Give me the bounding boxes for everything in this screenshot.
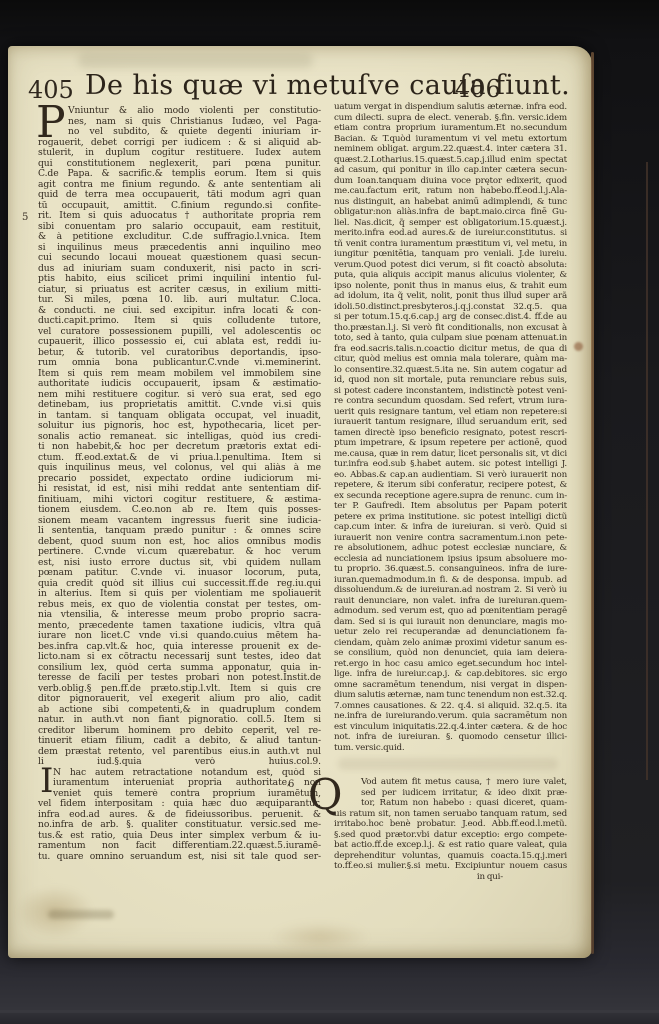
text-line: tñ venit contra iuramentum præstitum vi,… bbox=[334, 239, 567, 250]
text-line: obligatur:non aliàs.infra de bapt.maio.c… bbox=[334, 207, 567, 218]
text-line: agit contra me finium regundo. & ante se… bbox=[38, 180, 321, 191]
text-line: rogauerit, debet corrigi per iudicem : &… bbox=[38, 138, 321, 149]
margin-section-number: 5 bbox=[22, 212, 28, 223]
text-line: not. infra de iureiuran. §. quomodo cens… bbox=[334, 732, 567, 743]
text-line: pertinere. C.vnde vi.cum quærebatur. & h… bbox=[38, 547, 321, 558]
text-line: bes.infra cap.vlt.& hoc, quia interesse … bbox=[38, 642, 321, 653]
text-line: C.de Papa. & sacrific.& templis eorum. I… bbox=[38, 169, 321, 180]
text-line: petere ex prima institutione. sic potest… bbox=[334, 512, 567, 523]
text-line: no vel subdito, & quiete degenti iniuria… bbox=[38, 127, 321, 138]
text-line: & conducti. ne ciui. sed excipitur. infr… bbox=[38, 306, 321, 317]
text-line: sonalis actio remaneat. sic intelligas, … bbox=[38, 432, 321, 443]
text-line: no.infra de arb. §. qualiter constituatu… bbox=[38, 820, 321, 831]
text-line: & à petitione excluditur. C.de suffragio… bbox=[38, 232, 321, 243]
text-line: iurauerit non venire contra sacramentum.… bbox=[334, 533, 567, 544]
text-line: vel curatore possessionem pupilli, vel a… bbox=[38, 327, 321, 338]
text-line: omne sacramētum tenendum, nisi vergat in… bbox=[334, 680, 567, 691]
text-line: tamen directè ipso beneficio resignato, … bbox=[334, 428, 567, 439]
text-line: ditor pignorauerit, vel exegerit alium p… bbox=[38, 694, 321, 705]
text-line: sionem meam vacantem ingressus fuerit si… bbox=[38, 516, 321, 527]
text-line: cupauerit, illico possessio ei, cui abla… bbox=[38, 337, 321, 348]
text-line: ramentum non facit differentiam.22.quæst… bbox=[38, 841, 321, 852]
text-line: qui constitutionem neglexerit, pari pœna… bbox=[38, 159, 321, 170]
text-line: cui secundo locaui moueat quæstionem qua… bbox=[38, 253, 321, 264]
ink-bleedthrough bbox=[78, 53, 313, 68]
text-line: dus ad iniuriam suam conduxerit, nisi pa… bbox=[38, 264, 321, 275]
text-line: teresse de facili per testes probari non… bbox=[38, 673, 321, 684]
text-line: tu proprio. 36.quæst.5. consanguineos. i… bbox=[334, 564, 567, 575]
text-line: in alterius. Item si quis per violentiam… bbox=[38, 589, 321, 600]
text-line: nem mihi restituere cogitur. si verò sua… bbox=[38, 390, 321, 401]
text-line: neminem obligat. argum.22.quæst.4. inter… bbox=[334, 144, 567, 155]
text-line: re absolutionem, adhuc potest ecclesiæ n… bbox=[334, 543, 567, 554]
text-line: tur. Si miles, pœna 10. lib. auri multat… bbox=[38, 295, 321, 306]
book-fore-edge-line bbox=[646, 162, 648, 780]
text-line: sibi conuentam pro salario occupauit, ea… bbox=[38, 222, 321, 233]
text-line: se consilium, quòd non denunciet, quia i… bbox=[334, 648, 567, 659]
page-number-right: 406 bbox=[455, 75, 501, 103]
text-line: Bacian. & T.quòd iuramentum vi vel metu … bbox=[334, 134, 567, 145]
text-column-left: PVniuntur & alio modo violenti per const… bbox=[38, 106, 321, 862]
text-line: dissoluendum.& de iureiuran.ad nostram 2… bbox=[334, 585, 567, 596]
text-line: quæst.2.Lotharius.15.quæst.5.cap.j.illud… bbox=[334, 155, 567, 166]
text-line: ecclesia ad nunciationem ipsius ipsum ab… bbox=[334, 554, 567, 565]
text-line: deprehenditur voluntas, quamuis coacta.1… bbox=[334, 851, 567, 862]
text-line: iuran.quemadmodum.in fi. & de desponsa. … bbox=[334, 575, 567, 586]
text-line: me.causa, quæ in rem datur, licet person… bbox=[334, 449, 567, 460]
text-line: ad idolum, ita q̃ velit, nolit, ponit th… bbox=[334, 291, 567, 302]
text-line: nes, nam si quis Christianus Iudæo, vel … bbox=[38, 117, 321, 128]
text-line: tũ occupauit, amittit. C.finium regundo.… bbox=[38, 201, 321, 212]
text-line: Vod autem fit metus causa, † mero iure v… bbox=[334, 777, 567, 788]
text-line: authoritate iudicis occupauerit, ipsam &… bbox=[38, 379, 321, 390]
text-line: iurauerit tantum resignare, illud seruan… bbox=[334, 417, 567, 428]
text-line: si potest cadere inconstantem, indistinc… bbox=[334, 386, 567, 397]
text-line: in tantam. si tanquam obligata occupat, … bbox=[38, 411, 321, 422]
text-line: nia vtensilia, & interesse meum probo pr… bbox=[38, 610, 321, 621]
text-line: ctum. ff.eod.extat.& de vi priua.l.penul… bbox=[38, 453, 321, 464]
text-line: detinebam, ius proprietatis amittit. C.v… bbox=[38, 400, 321, 411]
text-line: ciendam, quàm zelo animæ proximi videtur… bbox=[334, 638, 567, 649]
text-line: tor, Ratum non habebo : quasi diceret, q… bbox=[334, 798, 567, 809]
text-line: uatum vergat in dispendium salutis ætern… bbox=[334, 102, 567, 113]
text-line: N hac autem retractatione notandum est, … bbox=[38, 768, 321, 779]
text-line: irritabo.hoc benè probatur. J.eod. Abb.f… bbox=[334, 819, 567, 830]
text-line: sed per iudicem irritatur, & ideo dixit … bbox=[334, 788, 567, 799]
text-line: tionem eiusdem. C.eo.non ab re. Item qui… bbox=[38, 505, 321, 516]
text-line: soluitur ius pignoris, hoc est, hypothec… bbox=[38, 421, 321, 432]
drop-cap: I bbox=[40, 764, 53, 798]
text-line: dum Ioan.tanquam diuina voce prętor edix… bbox=[334, 176, 567, 187]
text-line: lige. infra de iureiur.cap.j. & cap.debi… bbox=[334, 669, 567, 680]
text-line: tho.præstan.l.j. Si verò fit conditional… bbox=[334, 323, 567, 334]
text-line: ciatur, si priuatus est acriter cæsus, i… bbox=[38, 285, 321, 296]
text-line: est vinculum iniquitatis.22.q.4.inter cæ… bbox=[334, 722, 567, 733]
text-line: creditor liberum hominem pro debito cepe… bbox=[38, 726, 321, 737]
text-line: cum dilecti. supra de elect. venerab. §.… bbox=[334, 113, 567, 124]
text-line: Item si quis rem meam mobilem vel immobi… bbox=[38, 369, 321, 380]
photo-background: 405 De his quæ vi metuſve cauſa fiunt. 4… bbox=[0, 0, 659, 1024]
text-line: verum.Quod potest dici verum, si fit coa… bbox=[334, 260, 567, 271]
text-line: est, nisi iusto errore ductus sit, vbi q… bbox=[38, 558, 321, 569]
text-line: uerit quis resignare tantum, vel etiam n… bbox=[334, 407, 567, 418]
text-line: tinuerit etiam filium, cadit a debito, &… bbox=[38, 736, 321, 747]
paper-stain bbox=[574, 342, 583, 351]
text-line: ter P. Gaufredi. Item absolutus per Papa… bbox=[334, 501, 567, 512]
text-line: etiam contra proprium iuramentum.Et no.s… bbox=[334, 123, 567, 134]
table-seam bbox=[0, 1010, 659, 1013]
text-line: nus distinguit, an habebat animū adimple… bbox=[334, 197, 567, 208]
text-line: dam. Sed si is qui iurauit non denunciar… bbox=[334, 617, 567, 628]
text-line: uetur zelo rei recuperandæ ad denunciati… bbox=[334, 627, 567, 638]
text-line: ducti.capit.primo. Item si quis colluden… bbox=[38, 316, 321, 327]
text-line: consilium lex, quòd certa summa apponatu… bbox=[38, 663, 321, 674]
text-line: ret.ergo in hoc casu amico eget.secundum… bbox=[334, 659, 567, 670]
drop-cap: P bbox=[36, 101, 66, 145]
text-line: ab actione sibi competenti,& in quadrupl… bbox=[38, 705, 321, 716]
text-line: quid de terra mea occupauerit, tãti modu… bbox=[38, 190, 321, 201]
text-line: 7.omnes causationes. & 22. q.4. si aliqu… bbox=[334, 701, 567, 712]
text-line: natur. in auth.vt non fiant pignoratio. … bbox=[38, 715, 321, 726]
text-line: merito.infra eod.ad aures.& de iureiur.c… bbox=[334, 228, 567, 239]
text-line: toto, sed à tanto, quia culpam siue pœna… bbox=[334, 333, 567, 344]
text-line: tur.infra eod.sub §.habet autem. sic pot… bbox=[334, 459, 567, 470]
paragraph: QVod autem fit metus causa, † mero iure … bbox=[334, 777, 567, 872]
text-line: si inquilinus meus præcedentis anni inqu… bbox=[38, 243, 321, 254]
text-line: idoli.50.distinct.presbyteros.j.q.j.cons… bbox=[334, 302, 567, 313]
text-line: mento, præcedente tamen taxatione iudici… bbox=[38, 621, 321, 632]
text-line: iungitur pœnitētia, tanquam pro veniali.… bbox=[334, 249, 567, 260]
text-line: rit. Item si quis aduocatus † authoritat… bbox=[38, 211, 321, 222]
text-line: dium salutis æternæ, nam tunc tenendum n… bbox=[334, 690, 567, 701]
text-line: bat actio.ff.de excep.l.j. & est ratio q… bbox=[334, 840, 567, 851]
text-line: finitiuam, mihi victori cogitur restitue… bbox=[38, 495, 321, 506]
text-column-right: uatum vergat in dispendium salutis ætern… bbox=[334, 102, 567, 882]
paragraph: IN hac autem retractatione notandum est,… bbox=[38, 768, 321, 863]
text-line: precario possidet, expectato ordine iudi… bbox=[38, 474, 321, 485]
text-line: quis inquilinus meus, vel colonus, vel q… bbox=[38, 463, 321, 474]
text-line: lo consentire.32.quæst.5.ita ne. Sin aut… bbox=[334, 365, 567, 376]
text-line: id, quod non sit mortale, puta renunciar… bbox=[334, 375, 567, 386]
text-line: rebus meis, ex quo de violentia constat … bbox=[38, 600, 321, 611]
text-line: iuramentum interueniat propria authorita… bbox=[38, 778, 321, 789]
text-line: quia credit quòd sit illius cui successi… bbox=[38, 579, 321, 590]
book-page: 405 De his quæ vi metuſve cauſa fiunt. 4… bbox=[8, 46, 592, 958]
text-line: vel fidem interpositam : quia hæc duo æq… bbox=[38, 799, 321, 810]
catchword: in qui- bbox=[334, 872, 567, 883]
drop-cap: Q bbox=[308, 774, 342, 816]
text-line: veniet quis temerè contra proprium iuram… bbox=[38, 789, 321, 800]
text-line: rum omnia bona publicantur.C.vnde vi.mem… bbox=[38, 358, 321, 369]
text-line: to.ff.eo.si mulier.§.si metu. Excipiuntu… bbox=[334, 861, 567, 872]
text-line: pœnam patitur. C.vnde vi. inuasor locoru… bbox=[38, 568, 321, 579]
text-line: eo. Abbas.& cap.an audientiam. Si verò i… bbox=[334, 470, 567, 481]
text-line: si per totum.15.q.6.cap.j arg de consec.… bbox=[334, 312, 567, 323]
text-line: puta, quia aliquis accipit manus alicuiu… bbox=[334, 270, 567, 281]
paragraph: uatum vergat in dispendium salutis ætern… bbox=[334, 102, 567, 753]
text-line: §.sed quod prætor.vbi datur exceptio: er… bbox=[334, 830, 567, 841]
text-line: ptum impetrare, & ipsum repetere per act… bbox=[334, 438, 567, 449]
text-line: ipso nolente, ponit thus in manus eius, … bbox=[334, 281, 567, 292]
text-line: repetere, & iterum sibi conferatur, reci… bbox=[334, 480, 567, 491]
text-line: ptis habito, eius scilicet primi inquili… bbox=[38, 274, 321, 285]
text-line: hi resistat, id est, nisi mihi reddat an… bbox=[38, 484, 321, 495]
paragraph: PVniuntur & alio modo violenti per const… bbox=[38, 106, 321, 768]
text-line: ex secunda receptione agere.supra de ren… bbox=[334, 491, 567, 502]
text-line: licto.nam si ex cõtractu necessarij sunt… bbox=[38, 652, 321, 663]
text-line: admodum. sed verum est, quo ad pœnitenti… bbox=[334, 606, 567, 617]
text-line: ti non habebit,& hoc per decretum prætor… bbox=[38, 442, 321, 453]
text-line: iurare non licet.C vnde vi.si quando.cui… bbox=[38, 631, 321, 642]
text-line: fra eod.sacris.talis.n.coactio dicitur m… bbox=[334, 344, 567, 355]
text-line: tum. versic.quid. bbox=[334, 743, 567, 754]
text-line: li sententia, tanquam prædo punitur : & … bbox=[38, 526, 321, 537]
text-line: cap.cum inter. & infra de iureiuran. si … bbox=[334, 522, 567, 533]
text-line: stulerit, in duplum cogitur restituere. … bbox=[38, 148, 321, 159]
text-line: debent, quod suum non est, hoc alios omn… bbox=[38, 537, 321, 548]
text-line: ad casum, qui ponitur in illo cap.inter … bbox=[334, 165, 567, 176]
text-line: verb.oblig.§ pen.ff.de præto.stip.l.vlt.… bbox=[38, 684, 321, 695]
text-line: infra eod.ad aures. & de fideiussoribus.… bbox=[38, 810, 321, 821]
text-line: uis ratum sit, non tamen seruabo tanquam… bbox=[334, 809, 567, 820]
text-line: li iud.§.quia verò huius.col.9. bbox=[38, 757, 321, 768]
text-line: tu. quare omnino seruandum est, nisi sit… bbox=[38, 852, 321, 863]
text-line: re contra secundum quosdam. Sed refert, … bbox=[334, 396, 567, 407]
text-line: tus.& est ratio, quia Deus inter simplex… bbox=[38, 831, 321, 842]
text-line: citur, quòd melius est omnia mala tolera… bbox=[334, 354, 567, 365]
paper-stain bbox=[270, 922, 370, 952]
ink-smudge bbox=[48, 910, 114, 919]
text-line: Vniuntur & alio modo violenti per consti… bbox=[38, 106, 321, 117]
text-line: liel. Nas.dicit, q̃ semper est obligator… bbox=[334, 218, 567, 229]
text-line: betur, & tutorib. vel curatoribus deport… bbox=[38, 348, 321, 359]
text-line: me.cau.factum erit, ratum non habebo.ff.… bbox=[334, 186, 567, 197]
margin-section-number: 6 bbox=[288, 779, 294, 790]
text-line: dem præstat retento, vel parentibus eius… bbox=[38, 747, 321, 758]
text-line: rauit denunciare, non valet. infra de iu… bbox=[334, 596, 567, 607]
text-line: ne.infra de iureiurando.verum. quia sacr… bbox=[334, 711, 567, 722]
